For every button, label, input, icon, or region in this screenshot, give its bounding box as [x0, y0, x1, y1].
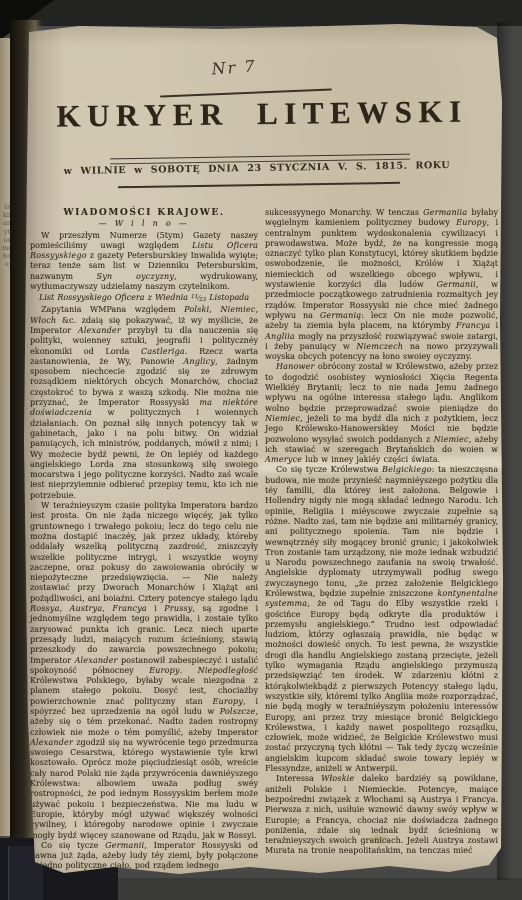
- issue-number: Nr 7: [168, 53, 299, 81]
- left-column: WIADOMOŚCI KRAJOWE. — W i l n o — W prze…: [30, 208, 258, 872]
- place-heading: — W i l n o —: [30, 219, 258, 229]
- paragraph: W teraźnieyszym czasie polityka Imperato…: [30, 501, 258, 841]
- masthead-title: KURYER LITEWSKI: [19, 93, 505, 135]
- paragraph: Interessa Włoskie daleko bardziéy są pow…: [265, 774, 498, 856]
- paragraph: Hanower obrócony został w Królewstwo, aż…: [265, 362, 498, 465]
- dateline: w WILNIE w SOBOTĘ DNIA 23 STYCZNIA V. S.…: [19, 159, 495, 177]
- paragraph: Zapytania WMPana względem Polski, Niemie…: [30, 305, 258, 501]
- right-column: sukcessyynego Monarchy. W tenczas German…: [265, 208, 498, 872]
- scanned-newspaper-view: śrkiłanytusmcłoie Nr 7 KURYER LITEWSKI w…: [0, 0, 522, 900]
- paragraph: W przeszłym Numerze (5tym) Gazety naszey…: [30, 231, 258, 293]
- section-heading: WIADOMOŚCI KRAJOWE.: [30, 208, 258, 218]
- paragraph: Co się tycze Germanii, Imperator Rossyys…: [30, 841, 258, 872]
- article-content: WIADOMOŚCI KRAJOWE. — W i l n o — W prze…: [30, 208, 498, 872]
- newspaper-page: Nr 7 KURYER LITEWSKI w WILNIE w SOBOTĘ D…: [19, 20, 505, 880]
- paragraph: Co się tycze Królewstwa Belgickiego: ta …: [265, 465, 498, 774]
- dateline-rule-bottom: [118, 182, 400, 188]
- letter-heading: List Rossyyskiego Oficera z Wiednia 11⁄2…: [30, 292, 258, 305]
- paragraph: sukcessyynego Monarchy. W tenczas German…: [265, 208, 498, 362]
- scan-background-top: [0, 0, 522, 26]
